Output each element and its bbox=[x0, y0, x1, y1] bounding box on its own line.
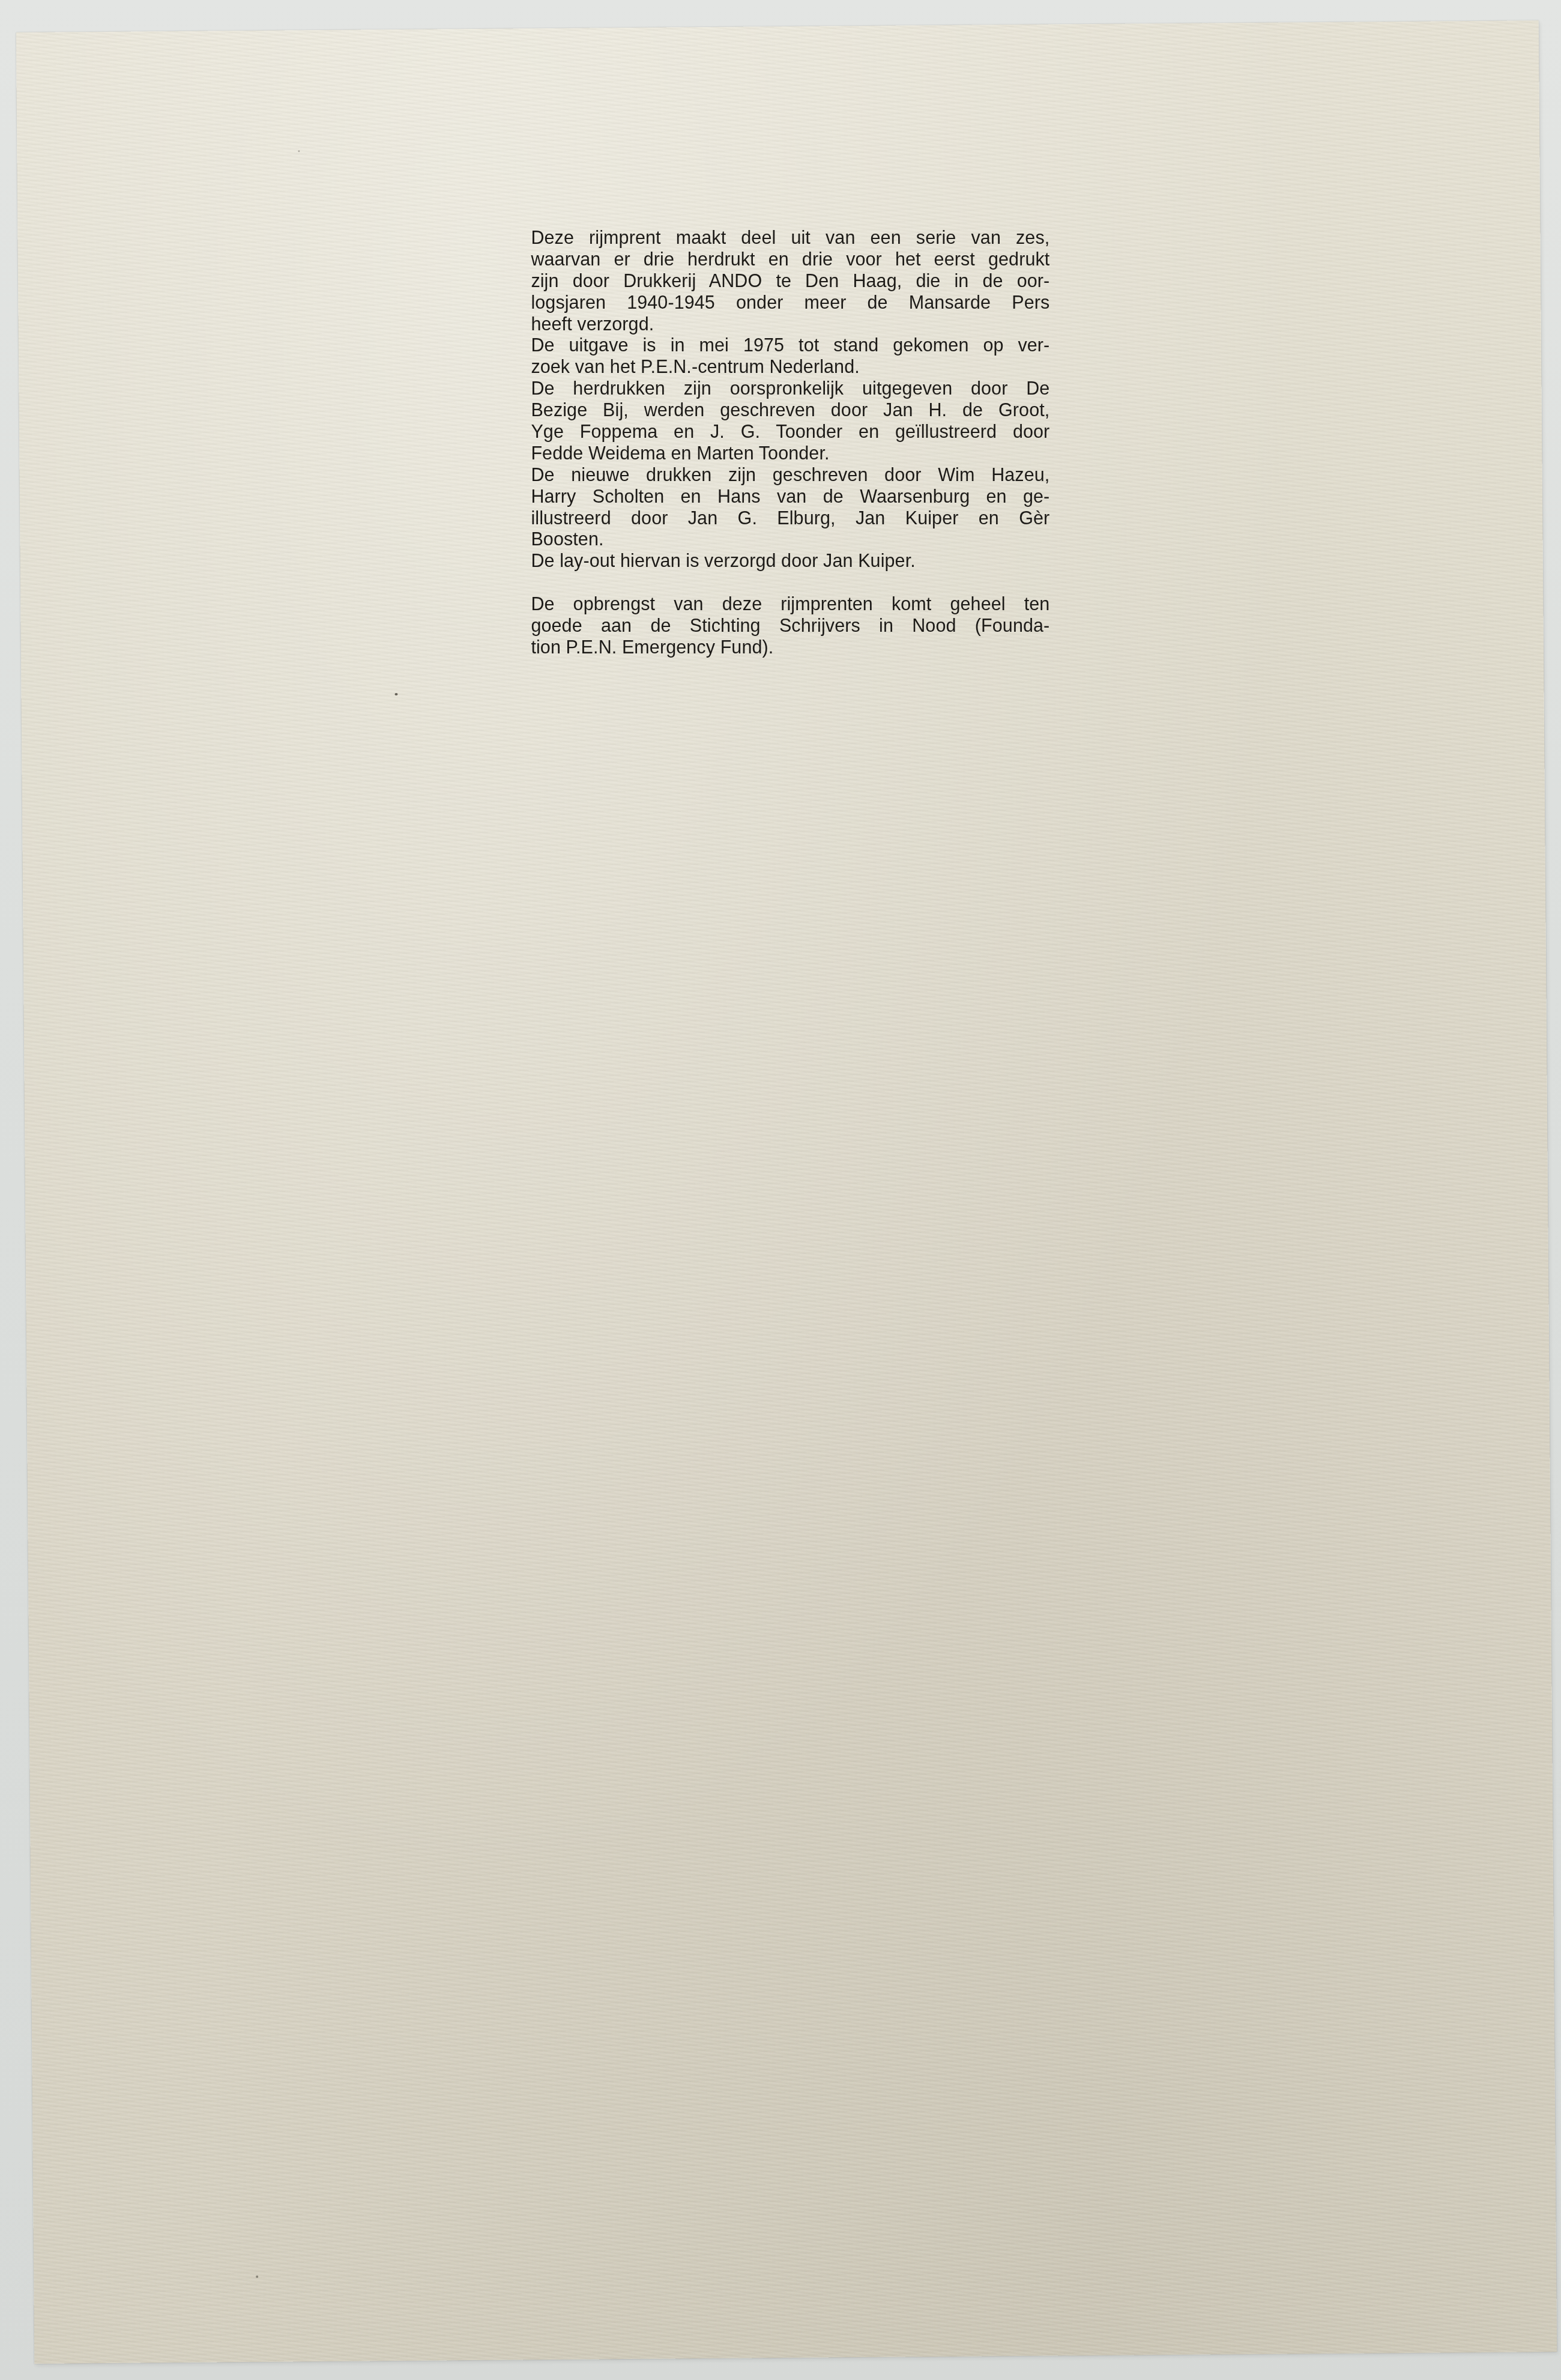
paragraph-series-info: Deze rijmprent maakt deel uit van een se… bbox=[531, 228, 1049, 335]
text-line: Yge Foppema en J. G. Toonder en geïllust… bbox=[531, 422, 1049, 443]
paragraph-proceeds-info: De opbrengst van deze rijmprenten komt g… bbox=[531, 594, 1049, 659]
paper-sheet: Deze rijmprent maakt deel uit van een se… bbox=[16, 20, 1557, 2364]
paper-speck bbox=[256, 2276, 258, 2278]
text-line: De opbrengst van deze rijmprenten komt g… bbox=[531, 594, 1049, 616]
text-line: Harry Scholten en Hans van de Waarsenbur… bbox=[531, 486, 1049, 508]
text-line: Boosten. bbox=[531, 530, 1049, 551]
text-line: Deze rijmprent maakt deel uit van een se… bbox=[531, 228, 1049, 249]
text-line: zijn door Drukkerij ANDO te Den Haag, di… bbox=[531, 271, 1049, 292]
paragraph-layout-credit: De lay-out hiervan is verzorgd door Jan … bbox=[531, 551, 1049, 573]
text-line: Fedde Weidema en Marten Toonder. bbox=[531, 443, 1049, 465]
text-line: tion P.E.N. Emergency Fund). bbox=[531, 637, 1049, 659]
text-line: De herdrukken zijn oorspronkelijk uitgeg… bbox=[531, 379, 1049, 401]
text-line: Bezige Bij, werden geschreven door Jan H… bbox=[531, 400, 1049, 422]
paper-speck bbox=[298, 150, 300, 152]
text-line: heeft verzorgd. bbox=[531, 314, 1049, 336]
colophon-text: Deze rijmprent maakt deel uit van een se… bbox=[531, 228, 1049, 659]
text-line: De lay-out hiervan is verzorgd door Jan … bbox=[531, 551, 1049, 573]
paper-speck bbox=[394, 693, 397, 695]
text-line: De uitgave is in mei 1975 tot stand geko… bbox=[531, 336, 1049, 357]
paragraph-spacer bbox=[531, 573, 1049, 595]
text-line: waarvan er drie herdrukt en drie voor he… bbox=[531, 249, 1049, 271]
paragraph-new-prints-info: De nieuwe drukken zijn geschreven door W… bbox=[531, 465, 1049, 551]
text-line: zoek van het P.E.N.-centrum Nederland. bbox=[531, 357, 1049, 379]
text-line: goede aan de Stichting Schrijvers in Noo… bbox=[531, 616, 1049, 637]
text-line: illustreerd door Jan G. Elburg, Jan Kuip… bbox=[531, 508, 1049, 530]
text-line: De nieuwe drukken zijn geschreven door W… bbox=[531, 465, 1049, 486]
paragraph-publication-info: De uitgave is in mei 1975 tot stand geko… bbox=[531, 336, 1049, 379]
paragraph-reprints-info: De herdrukken zijn oorspronkelijk uitgeg… bbox=[531, 379, 1049, 465]
text-line: logsjaren 1940-1945 onder meer de Mansar… bbox=[531, 292, 1049, 314]
